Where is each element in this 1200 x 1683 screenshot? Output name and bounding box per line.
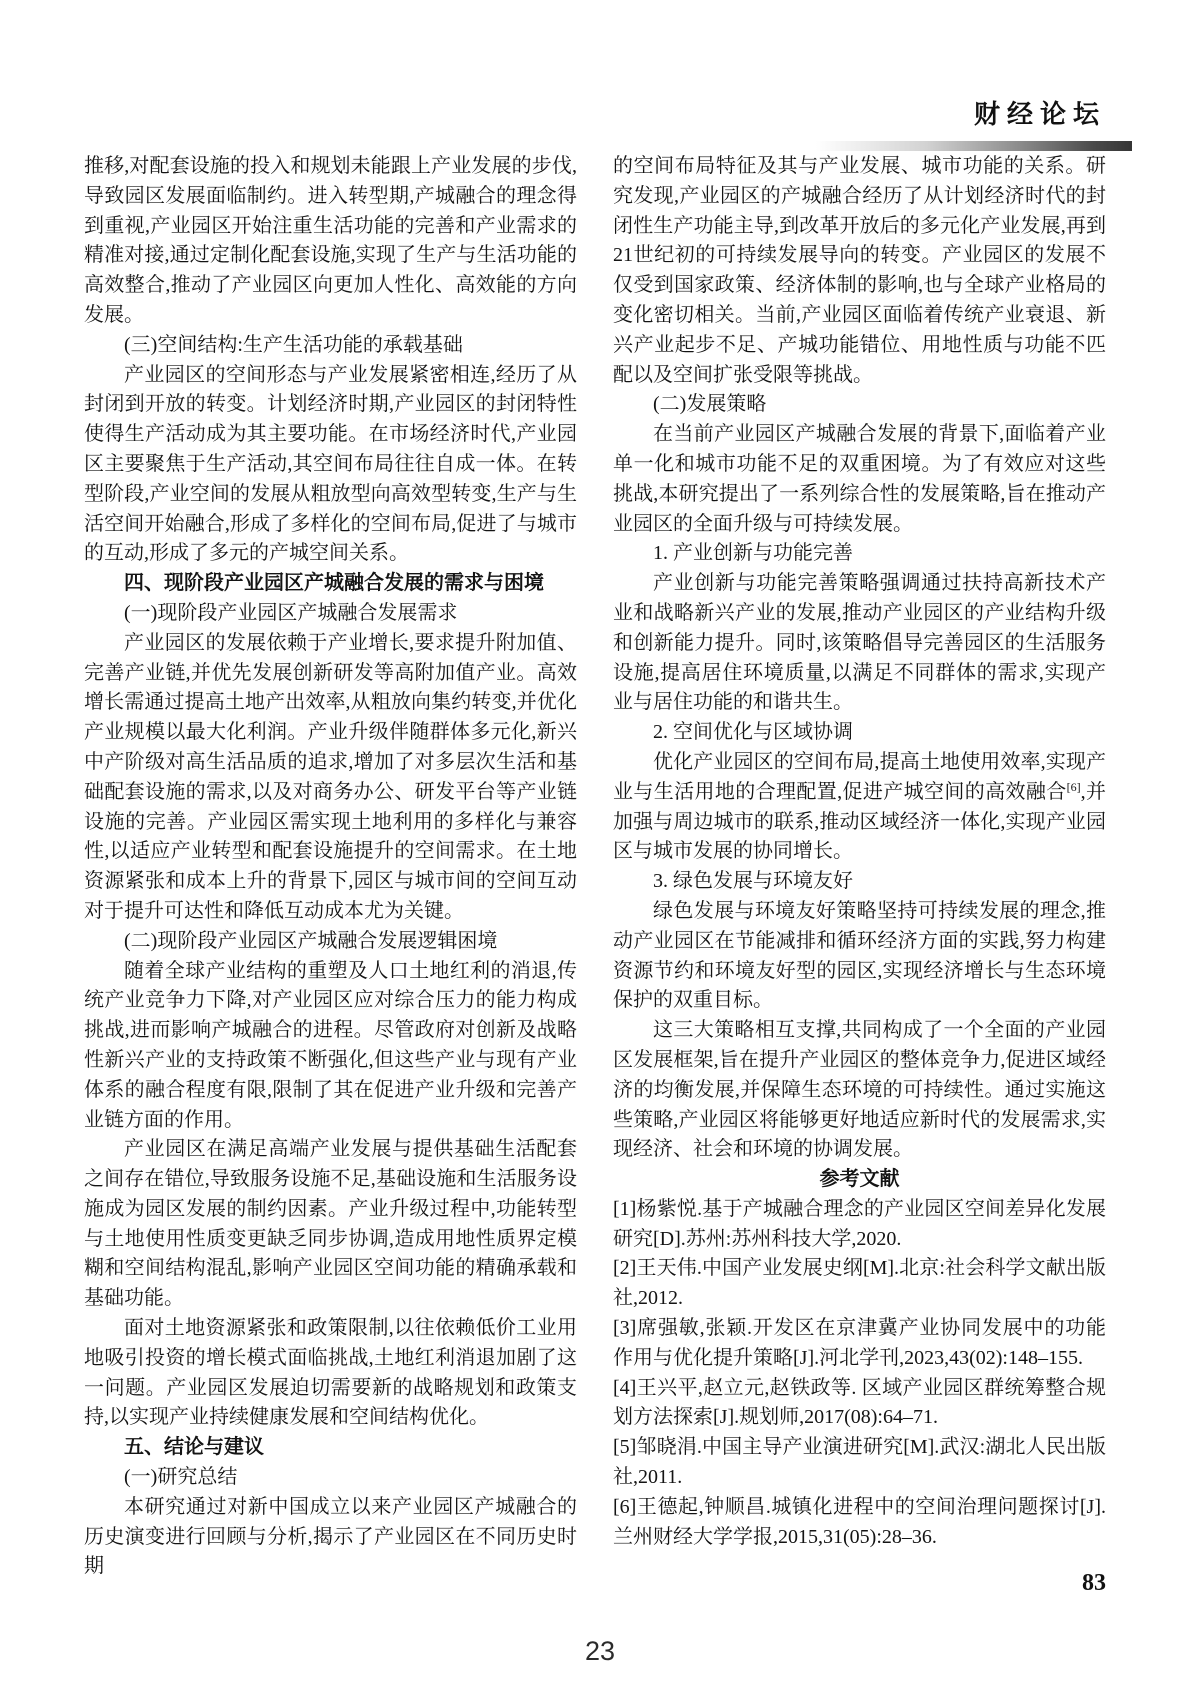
subsection-heading: (一)研究总结	[84, 1463, 577, 1493]
left-column: 推移,对配套设施的投入和规划未能跟上产业发展的步伐,导致园区发展面临制约。进入转…	[84, 152, 577, 1582]
numbered-subheading: 1. 产业创新与功能完善	[613, 539, 1106, 569]
reference-item: [4]王兴平,赵立元,赵铁政等. 区域产业园区群统筹整合规划方法探索[J].规划…	[613, 1374, 1106, 1434]
paragraph: 在当前产业园区产城融合发展的背景下,面临着产业单一化和城市功能不足的双重困境。为…	[613, 420, 1106, 539]
reference-item: [1]杨紫悦.基于产城融合理念的产业园区空间差异化发展研究[D].苏州:苏州科技…	[613, 1195, 1106, 1255]
document-page-number: 23	[0, 1636, 1200, 1667]
right-column: 的空间布局特征及其与产业发展、城市功能的关系。研究发现,产业园区的产城融合经历了…	[613, 152, 1106, 1582]
article-page-number: 83	[1082, 1570, 1106, 1597]
section-heading: 四、现阶段产业园区产城融合发展的需求与困境	[84, 569, 577, 599]
numbered-subheading: 2. 空间优化与区域协调	[613, 718, 1106, 748]
paragraph: 产业园区的空间形态与产业发展紧密相连,经历了从封闭到开放的转变。计划经济时期,产…	[84, 361, 577, 570]
paragraph: 产业园区的发展依赖于产业增长,要求提升附加值、完善产业链,并优先发展创新研发等高…	[84, 629, 577, 927]
journal-section-title: 财经论坛	[974, 94, 1106, 131]
references-heading: 参考文献	[613, 1165, 1106, 1195]
paragraph: 产业创新与功能完善策略强调通过扶持高新技术产业和战略新兴产业的发展,推动产业园区…	[613, 569, 1106, 718]
reference-item: [2]王天伟.中国产业发展史纲[M].北京:社会科学文献出版社,2012.	[613, 1254, 1106, 1314]
subsection-heading: (二)现阶段产业园区产城融合发展逻辑困境	[84, 927, 577, 957]
paper-page: 财经论坛 推移,对配套设施的投入和规划未能跟上产业发展的步伐,导致园区发展面临制…	[0, 0, 1200, 1683]
reference-item: [3]席强敏,张颖.开发区在京津冀产业协同发展中的功能作用与优化提升策略[J].…	[613, 1314, 1106, 1374]
article-body: 推移,对配套设施的投入和规划未能跟上产业发展的步伐,导致园区发展面临制约。进入转…	[84, 152, 1106, 1582]
subsection-heading: (一)现阶段产业园区产城融合发展需求	[84, 599, 577, 629]
section-heading: 五、结论与建议	[84, 1433, 577, 1463]
header-gradient-bar	[816, 141, 1132, 151]
reference-item: [6]王德起,钟顺昌.城镇化进程中的空间治理问题探讨[J].兰州财经大学学报,2…	[613, 1493, 1106, 1553]
numbered-subheading: 3. 绿色发展与环境友好	[613, 867, 1106, 897]
paragraph: 随着全球产业结构的重塑及人口土地红利的消退,传统产业竞争力下降,对产业园区应对综…	[84, 957, 577, 1136]
paragraph: 产业园区在满足高端产业发展与提供基础生活配套之间存在错位,导致服务设施不足,基础…	[84, 1135, 577, 1314]
paragraph: 这三大策略相互支撑,共同构成了一个全面的产业园区发展框架,旨在提升产业园区的整体…	[613, 1016, 1106, 1165]
paragraph-continuation: 的空间布局特征及其与产业发展、城市功能的关系。研究发现,产业园区的产城融合经历了…	[613, 152, 1106, 390]
subsection-heading: (三)空间结构:生产生活功能的承载基础	[84, 331, 577, 361]
paragraph-with-citation: 优化产业园区的空间布局,提高土地使用效率,实现产业与生活用地的合理配置,促进产城…	[613, 748, 1106, 867]
paragraph: 绿色发展与环境友好策略坚持可持续发展的理念,推动产业园区在节能减排和循环经济方面…	[613, 897, 1106, 1016]
paragraph-text: 优化产业园区的空间布局,提高土地使用效率,实现产业与生活用地的合理配置,促进产城…	[613, 751, 1106, 803]
subsection-heading: (二)发展策略	[613, 390, 1106, 420]
paragraph: 本研究通过对新中国成立以来产业园区产城融合的历史演变进行回顾与分析,揭示了产业园…	[84, 1493, 577, 1582]
paragraph-continuation: 推移,对配套设施的投入和规划未能跟上产业发展的步伐,导致园区发展面临制约。进入转…	[84, 152, 577, 331]
reference-item: [5]邹晓涓.中国主导产业演进研究[M].武汉:湖北人民出版社,2011.	[613, 1433, 1106, 1493]
paragraph: 面对土地资源紧张和政策限制,以往依赖低价工业用地吸引投资的增长模式面临挑战,土地…	[84, 1314, 577, 1433]
citation-superscript: [6]	[1067, 780, 1081, 794]
